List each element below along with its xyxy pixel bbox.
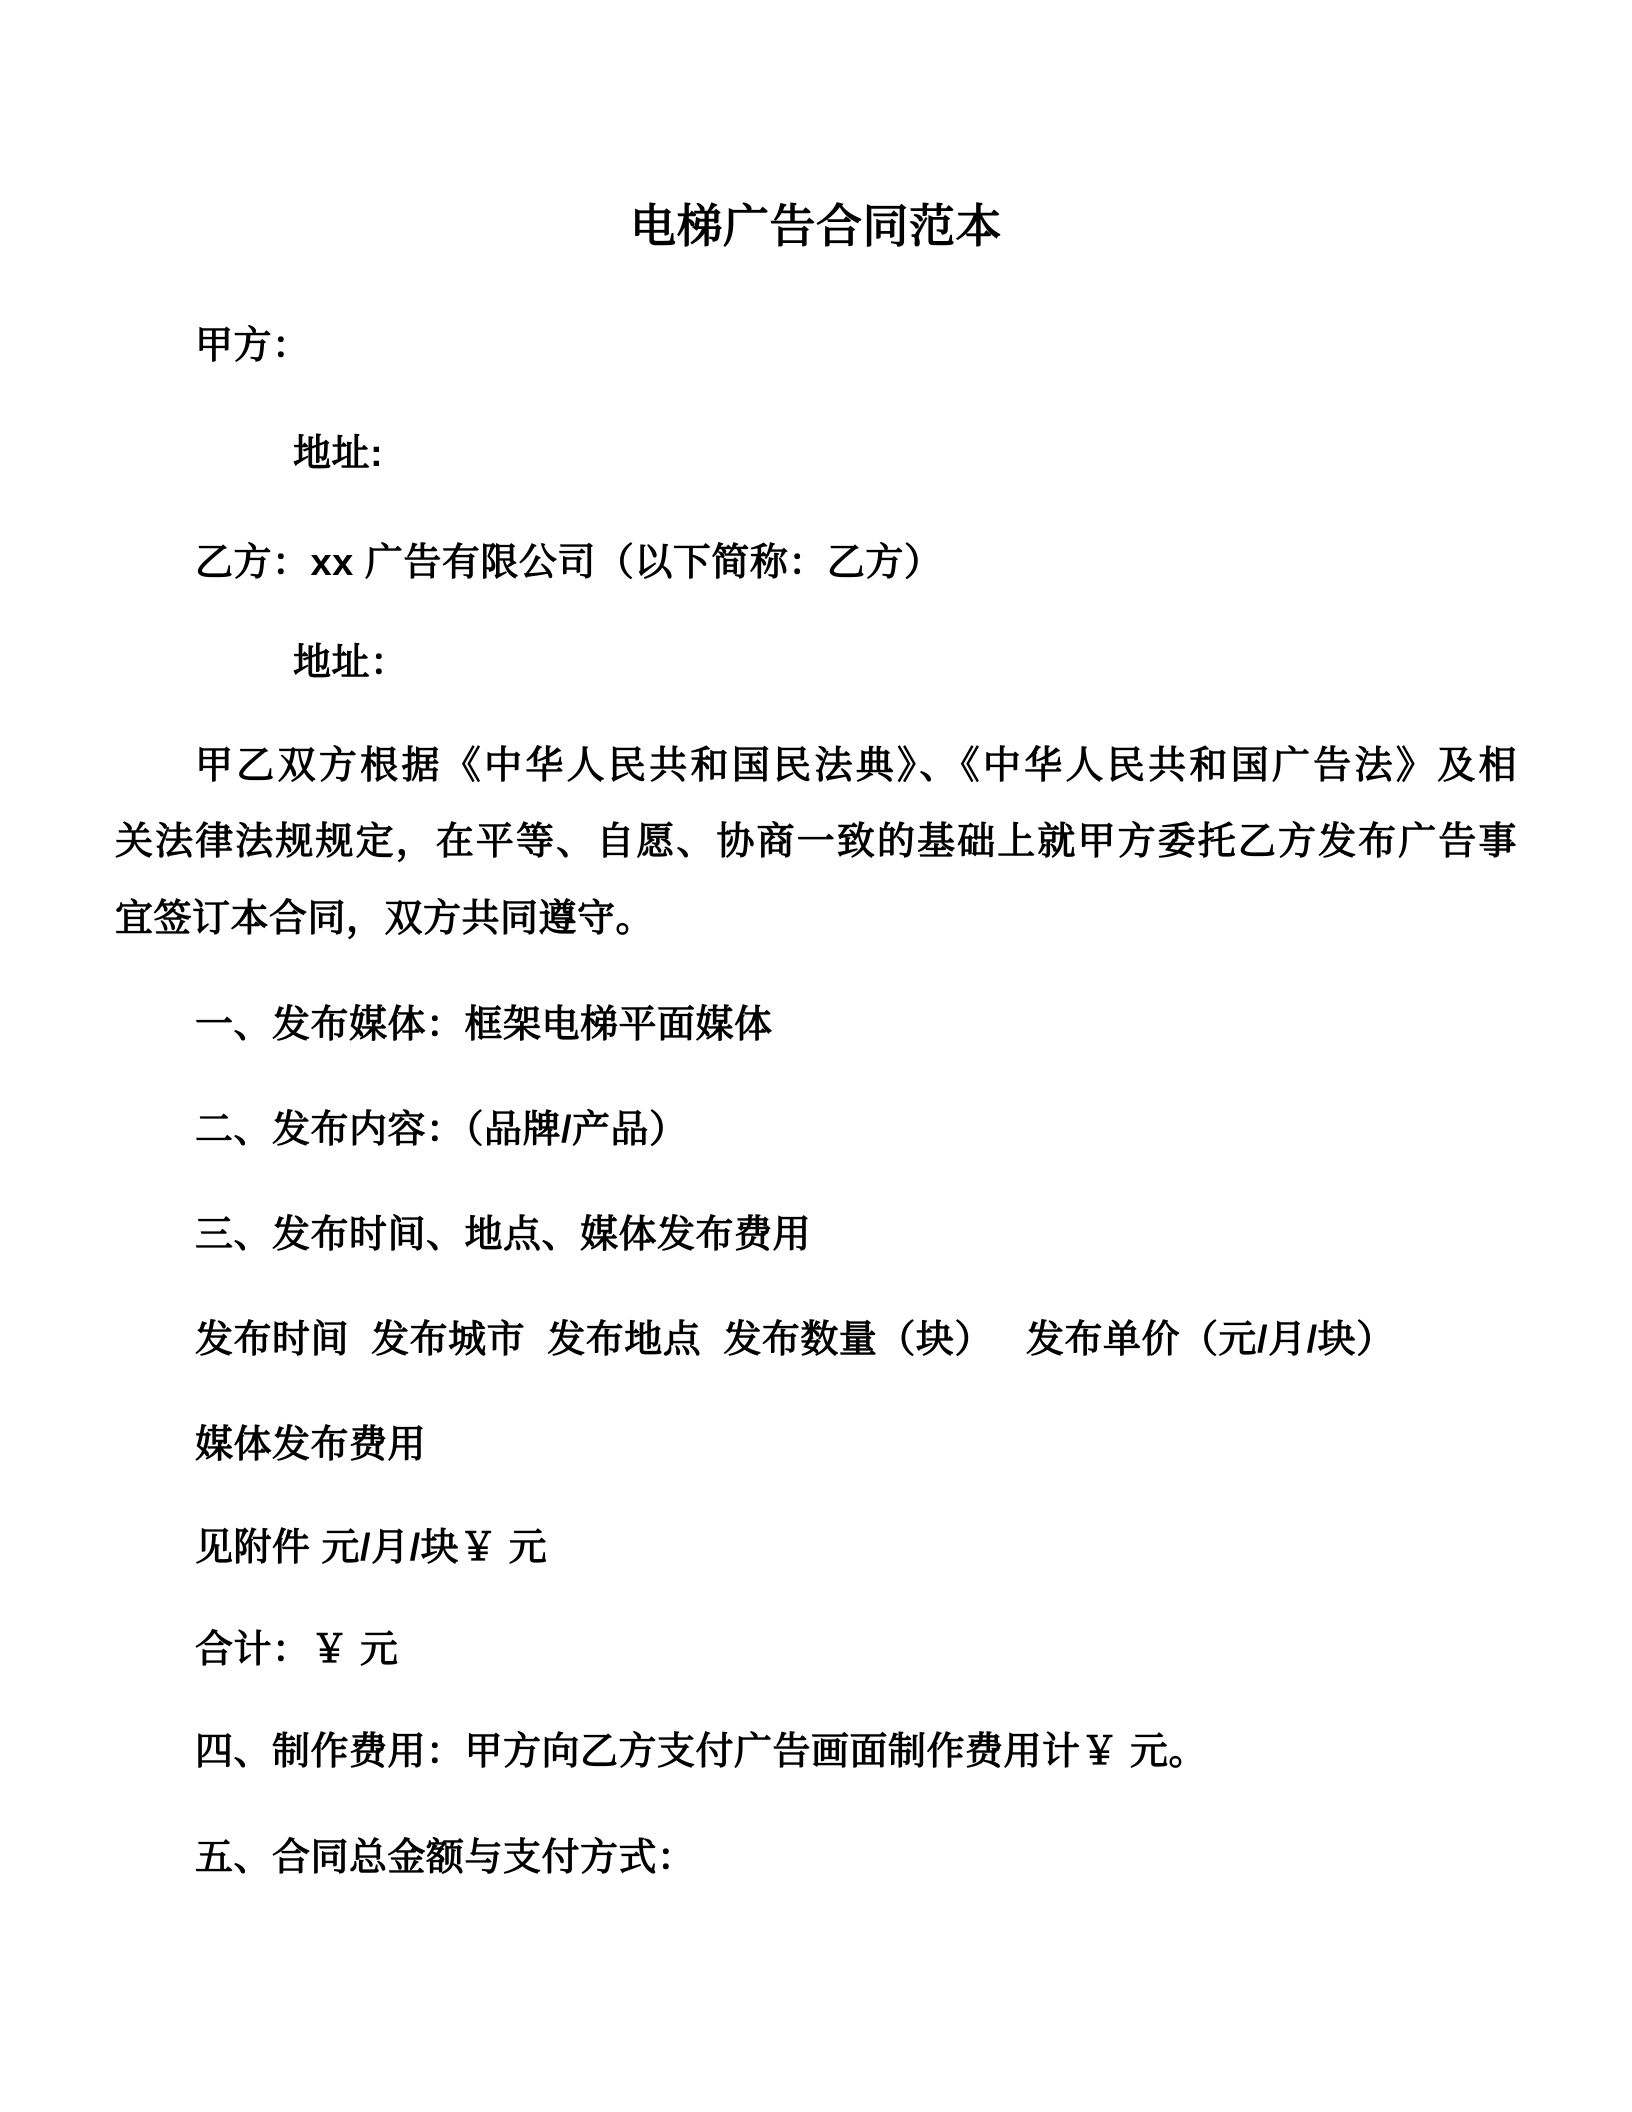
clause-5-total-and-payment: 五、合同总金额与支付方式： [195, 1836, 696, 1880]
clause-3-time-place-fee: 三、发布时间、地点、媒体发布费用 [195, 1213, 811, 1257]
preamble-line-2: 关法律法规规定，在平等、自愿、协商一致的基础上就甲方委托乙方发布广告事 [115, 820, 1517, 864]
party-a-label: 甲方： [195, 324, 311, 368]
party-b-label: 乙方：xx 广告有限公司（以下简称：乙方） [195, 541, 942, 585]
party-a-address-label: 地址: [293, 432, 383, 476]
clause-2-publish-content: 二、发布内容：（品牌/产品） [195, 1108, 688, 1152]
total-amount-line: 合计：￥ 元 [195, 1628, 399, 1672]
party-b-address-label: 地址： [293, 641, 409, 685]
preamble-line-1: 甲乙双方根据《中华人民共和国民法典》、《中华人民共和国广告法》及相 [115, 744, 1517, 788]
document-title: 电梯广告合同范本 [0, 200, 1632, 252]
media-fee-label: 媒体发布费用 [195, 1423, 426, 1467]
clause-1-publish-media: 一、发布媒体：框架电梯平面媒体 [195, 1003, 773, 1047]
contract-page: 电梯广告合同范本 甲方： 地址: 乙方：xx 广告有限公司（以下简称：乙方） 地… [0, 0, 1632, 2112]
schedule-header-line: 发布时间 发布城市 发布地点 发布数量（块） 发布单价（元/月/块） [195, 1318, 1395, 1362]
attachment-fee-line: 见附件 元/月/块￥ 元 [195, 1526, 547, 1570]
clause-4-production-fee: 四、制作费用：甲方向乙方支付广告画面制作费用计￥ 元。 [195, 1730, 1207, 1774]
preamble-line-3: 宜签订本合同，双方共同遵守。 [115, 897, 654, 941]
